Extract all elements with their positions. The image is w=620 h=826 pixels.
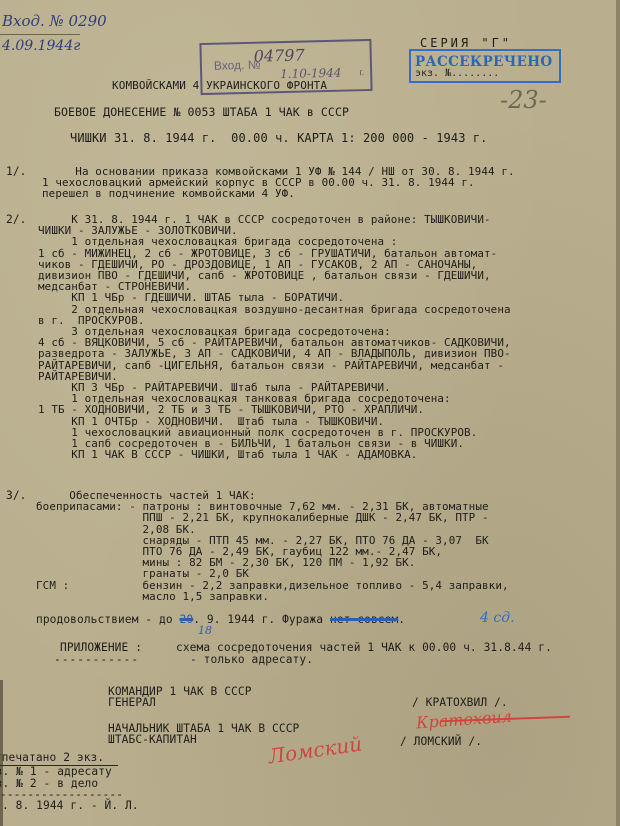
incoming-note-number: Вход. № 0290 [2, 12, 107, 30]
struck-day: 20 [180, 613, 194, 626]
chief-of-staff-rank: ШТАБС-КАПИТАН [108, 734, 197, 746]
document-title: БОЕВОЕ ДОНЕСЕНИЕ № 0053 ШТАБА 1 ЧАК в СС… [54, 106, 349, 118]
struck-text: нет совсем [330, 613, 398, 626]
section-1-number: 1/. [6, 166, 27, 178]
text-line: перешел в подчинение комвойсками 4 УФ. [42, 188, 295, 200]
appendix-underline: ----------- [54, 654, 139, 666]
series-label: СЕРИЯ "Г" [420, 37, 512, 49]
text-line: масло 1,5 заправки. [36, 591, 269, 603]
food-rest: . 9. 1944 г. Фуража [193, 613, 330, 626]
stamp-suffix: г. [359, 67, 364, 77]
handwritten-page-number: -23- [500, 86, 547, 114]
stamp-number: 04797 [253, 46, 304, 66]
incoming-note-date: 4.09.1944г [2, 38, 80, 54]
declassified-copy: экз. №........ [415, 68, 499, 79]
food-supply-line: продовольствием - до 20. 9. 1944 г. Фура… [36, 614, 405, 626]
document-page: Вход. № 0290 4.09.1944г Вход. № 04797 1.… [0, 0, 620, 826]
declassified-stamp: РАССЕКРЕЧЕНО экз. №........ [409, 49, 561, 83]
food-after: . [398, 613, 405, 626]
text-line: КП 1 ЧАК В СССР - ЧИШКИ, Штаб тыла 1 ЧАК… [38, 449, 417, 461]
corrected-day: 18 [198, 624, 212, 637]
appendix-line-2: - только адресату. [190, 654, 313, 666]
commander-rank: ГЕНЕРАЛ [108, 697, 156, 709]
section-2-number: 2/. [6, 214, 27, 226]
chief-of-staff-signature: Ломский [267, 732, 364, 769]
section-3-number: 3/. [6, 490, 27, 502]
food-prefix: продовольствием - до [36, 613, 180, 626]
divider [0, 34, 80, 35]
footer-date-typist: . 8. 1944 г. - Й. Л. [2, 800, 139, 812]
footer-printed: Отпечатано 2 экз. [0, 752, 104, 764]
chief-of-staff-name: / ЛОМСКИЙ /. [400, 736, 482, 748]
page-edge [616, 0, 620, 826]
document-subtitle: ЧИШКИ 31. 8. 1944 г. 00.00 ч. КАРТА 1: 2… [70, 132, 488, 144]
addressee: КОМВОЙСКАМИ 4 УКРАИНСКОГО ФРОНТА [112, 80, 327, 92]
handwritten-note: 4 сд. [480, 610, 515, 626]
